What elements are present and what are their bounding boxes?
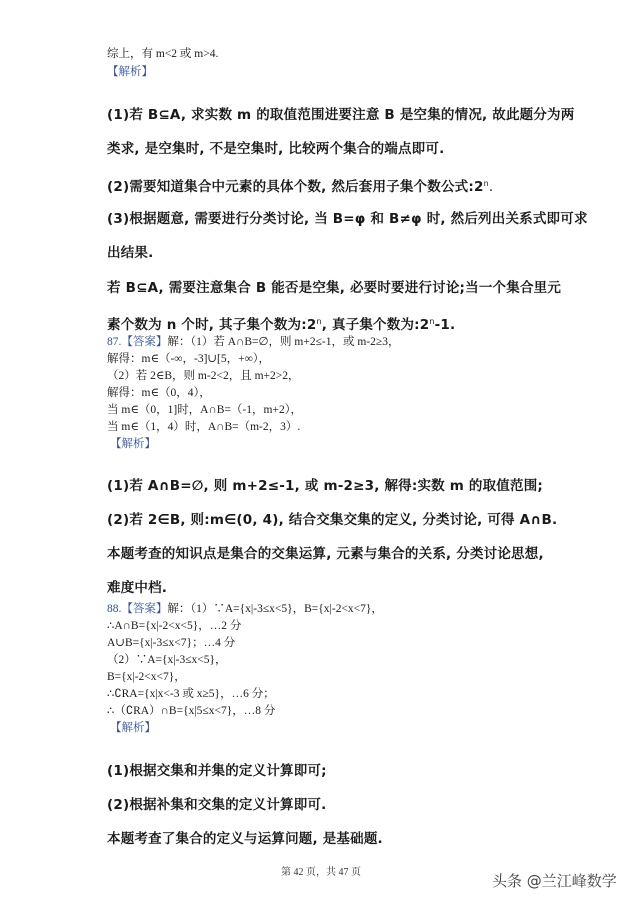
q87-analysis-line: (2)若 2∈B, 则:m∈(0, 4), 结合交集交集的定义, 分类讨论, 可…: [107, 512, 557, 528]
q87-answer-line: 当 m∈（1，4）时，A∩B=（m-2，3）.: [107, 420, 300, 434]
q88-answer-line: A∪B={x|-3≤x<7}；…4 分: [107, 636, 235, 650]
q87-analysis-line: (1)若 A∩B=∅, 则 m+2≤-1, 或 m-2≥3, 解得:实数 m 的…: [107, 478, 543, 494]
answer-text: 解：（1）若 A∩B=∅，则 m+2≤-1，或 m-2≥3，: [167, 336, 399, 348]
q87-analysis-line: 本题考查的知识点是集合的交集运算, 元素与集合的关系, 分类讨论思想,: [107, 546, 544, 562]
page-number: 第 42 页，共 47 页: [281, 863, 361, 878]
analysis-label: 【解析】: [107, 65, 153, 79]
q87-answer-line: 解得：m∈（-∞，-3]∪[5，+∞），: [107, 352, 270, 366]
question-number: 87.: [107, 336, 121, 348]
q88-answer-line: ∴（∁RA）∩B={x|5≤x<7}，…8 分: [107, 704, 275, 718]
analysis-text: 素个数为 n 个时, 其子集个数为:2: [107, 317, 316, 333]
analysis-line: 素个数为 n 个时, 其子集个数为:2n, 真子集个数为:2n-1.: [107, 314, 455, 333]
conclusion-text: 综上，有 m<2 或 m>4.: [107, 47, 218, 61]
q87-answer-line: 87.【答案】解：（1）若 A∩B=∅，则 m+2≤-1，或 m-2≥3，: [107, 335, 399, 349]
q88-answer-line: 88.【答案】解：（1）∵A={x|-3≤x<5}，B={x|-2<x<7}，: [107, 602, 383, 616]
q88-analysis-label: 【解析】: [110, 721, 156, 735]
analysis-line: (3)根据题意, 需要进行分类讨论, 当 B=φ 和 B≠φ 时, 然后列出关系…: [107, 211, 588, 227]
q87-answer-line: 解得：m∈（0，4），: [107, 386, 211, 400]
document-page: 综上，有 m<2 或 m>4. 【解析】 (1)若 B⊆A, 求实数 m 的取值…: [0, 0, 640, 905]
answer-label: 【答案】: [121, 603, 167, 615]
answer-label: 【答案】: [121, 336, 167, 348]
q88-analysis-line: (2)根据补集和交集的定义计算即可.: [107, 797, 326, 813]
q87-answer-line: （2）若 2∈B，则 m-2<2，且 m+2>2，: [107, 369, 299, 383]
watermark: 头条 @兰江峰数学: [492, 870, 617, 891]
question-number: 88.: [107, 603, 121, 615]
answer-text: 解：（1）∵A={x|-3≤x<5}，B={x|-2<x<7}，: [167, 603, 383, 615]
analysis-line: 出结果.: [107, 245, 153, 261]
q87-analysis-line: 难度中档.: [107, 580, 167, 596]
q88-analysis-line: (1)根据交集和并集的定义计算即可;: [107, 763, 327, 779]
q88-answer-line: ∴A∩B={x|-2<x<5}，…2 分: [107, 619, 241, 633]
q88-answer-line: B={x|-2<x<7}，: [107, 670, 186, 684]
analysis-text: , 真子集个数为:2: [322, 317, 430, 333]
q87-answer-line: 当 m∈（0，1]时，A∩B=（-1，m+2），: [107, 403, 302, 417]
q87-analysis-label: 【解析】: [110, 437, 156, 451]
q88-answer-line: （2）∵A={x|-3≤x<5}，: [107, 653, 227, 667]
analysis-text: -1.: [435, 317, 456, 333]
analysis-line: (2)需要知道集合中元素的具体个数, 然后套用子集个数公式:2n.: [107, 176, 493, 195]
q88-answer-line: ∴∁RA={x|x<-3 或 x≥5}，…6 分；: [107, 687, 275, 701]
analysis-text: (2)需要知道集合中元素的具体个数, 然后套用子集个数公式:2: [107, 179, 484, 195]
analysis-line: (1)若 B⊆A, 求实数 m 的取值范围进要注意 B 是空集的情况, 故此题分…: [107, 107, 574, 123]
analysis-line: 类求, 是空集时, 不是空集时, 比较两个集合的端点即可.: [107, 141, 444, 157]
analysis-line: 若 B⊆A, 需要注意集合 B 能否是空集, 必要时要进行讨论;当一个集合里元: [107, 280, 561, 296]
q88-analysis-line: 本题考查了集合的定义与运算问题, 是基础题.: [107, 831, 383, 847]
